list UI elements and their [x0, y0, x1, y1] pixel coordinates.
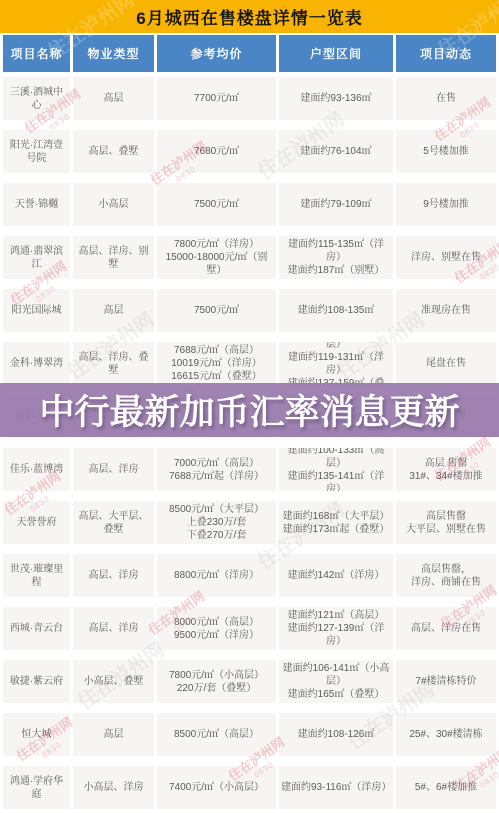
cell-avg-price: 7680元/㎡ [157, 125, 279, 178]
table-header-row: 项目名称 物业类型 参考均价 户型区间 项目动态 [0, 35, 499, 72]
cell-status: 准现房在售 [396, 284, 496, 337]
cell-unit-range: 建面约106-141㎡（小高层） 建面约165㎡（叠墅） [279, 655, 396, 708]
cell-unit-range: 建面约100-133㎡（高层） 建面约135-141㎡（洋房） [279, 443, 396, 496]
table-row: 佳乐·蓝博湾 高层、洋房 7000元/㎡（高层） 7688元/㎡起（洋房） 建面… [3, 443, 496, 496]
cell-project-name: 阳光·江湾壹号院 [3, 125, 73, 178]
cell-project-name: 西城·青云台 [3, 602, 73, 655]
cell-status: 7#楼清栋特价 [396, 655, 496, 708]
cell-project-name: 三溪·酒城中心 [3, 72, 73, 125]
cell-project-name: 天誉誉府 [3, 496, 73, 549]
table-row: 西城·青云台 高层、洋房 8000元/㎡（高层） 9500元/㎡（洋房） 建面约… [3, 602, 496, 655]
cell-avg-price: 7500元/㎡ [157, 284, 279, 337]
cell-avg-price: 8500元/㎡（大平层） 上叠230万/套 下叠270万/套 [157, 496, 279, 549]
cell-property-type: 高层、叠墅 [73, 125, 157, 178]
cell-avg-price: 8800元/㎡（洋房） [157, 549, 279, 602]
cell-unit-range: 建面约79-109㎡ [279, 178, 396, 231]
cell-project-name: 阳光国际城 [3, 284, 73, 337]
column-header-avg-price: 参考均价 [157, 35, 279, 72]
cell-avg-price: 7500元/㎡ [157, 178, 279, 231]
table-row: 三溪·酒城中心 高层 7700元/㎡ 建面约93-136㎡ 在售 [3, 72, 496, 125]
cell-status: 高层售罄 大平层、别墅在售 [396, 496, 496, 549]
infographic-page: 6月城西在售楼盘详情一览表 项目名称 物业类型 参考均价 户型区间 项目动态 三… [0, 0, 499, 813]
cell-avg-price: 7700元/㎡ [157, 72, 279, 125]
cell-property-type: 高层 [73, 284, 157, 337]
cell-status: 25#、30#楼清栋 [396, 708, 496, 761]
cell-avg-price: 8500元/㎡（高层） [157, 708, 279, 761]
column-header-status: 项目动态 [396, 35, 496, 72]
title-bar: 6月城西在售楼盘详情一览表 [0, 0, 499, 33]
overlay-banner-text: 中行最新加币汇率消息更新 [39, 385, 459, 435]
column-header-project-name: 项目名称 [3, 35, 73, 72]
cell-project-name: 鸿通·翡翠滨江 [3, 231, 73, 284]
cell-project-name: 佳乐·蓝博湾 [3, 443, 73, 496]
cell-avg-price: 7800元/㎡（洋房） 15000-18000元/㎡（别墅） [157, 231, 279, 284]
cell-project-name: 天誉·锦樾 [3, 178, 73, 231]
cell-avg-price: 7000元/㎡（高层） 7688元/㎡起（洋房） [157, 443, 279, 496]
cell-property-type: 高层、大平层、叠墅 [73, 496, 157, 549]
cell-unit-range: 建面约121㎡（高层） 建面约127-139㎡（洋房） [279, 602, 396, 655]
cell-unit-range: 建面约93-136㎡ [279, 72, 396, 125]
table-row: 鸿通·学府华庭 小高层、洋房 7400元/㎡（小高层） 建面约93-116㎡（洋… [3, 761, 496, 813]
table-row: 世茂·璀璨里程 高层、洋房 8800元/㎡（洋房） 建面约142㎡（洋房） 高层… [3, 549, 496, 602]
overlay-banner: 中行最新加币汇率消息更新 [0, 383, 499, 437]
cell-avg-price: 7800元/㎡（小高层） 220万/套（叠墅） [157, 655, 279, 708]
cell-status: 9号楼加推 [396, 178, 496, 231]
table-row: 阳光·江湾壹号院 高层、叠墅 7680元/㎡ 建面约76-104㎡ 5号楼加推 [3, 125, 496, 178]
cell-property-type: 高层 [73, 708, 157, 761]
cell-status: 高层售罄， 洋房、商铺在售 [396, 549, 496, 602]
cell-unit-range: 建面约108-135㎡ [279, 284, 396, 337]
cell-property-type: 高层、洋房 [73, 549, 157, 602]
table-row: 天誉·锦樾 小高层 7500元/㎡ 建面约79-109㎡ 9号楼加推 [3, 178, 496, 231]
column-header-property-type: 物业类型 [73, 35, 157, 72]
cell-unit-range: 建面约108-126㎡ [279, 708, 396, 761]
table-body: 三溪·酒城中心 高层 7700元/㎡ 建面约93-136㎡ 在售 阳光·江湾壹号… [0, 72, 499, 813]
cell-property-type: 高层 [73, 72, 157, 125]
cell-status: 在售 [396, 72, 496, 125]
cell-status: 高层 售罄 31#、34#楼加推 [396, 443, 496, 496]
cell-unit-range: 建面约115-135㎡（洋房） 建面约187㎡（别墅） [279, 231, 396, 284]
cell-project-name: 敏捷·紫云府 [3, 655, 73, 708]
cell-property-type: 小高层、叠墅 [73, 655, 157, 708]
cell-status: 5号楼加推 [396, 125, 496, 178]
cell-property-type: 小高层、洋房 [73, 761, 157, 813]
table-row: 敏捷·紫云府 小高层、叠墅 7800元/㎡（小高层） 220万/套（叠墅） 建面… [3, 655, 496, 708]
table-row: 天誉誉府 高层、大平层、叠墅 8500元/㎡（大平层） 上叠230万/套 下叠2… [3, 496, 496, 549]
cell-avg-price: 8000元/㎡（高层） 9500元/㎡（洋房） [157, 602, 279, 655]
column-header-unit-range: 户型区间 [279, 35, 396, 72]
table-row: 恒大城 高层 8500元/㎡（高层） 建面约108-126㎡ 25#、30#楼清… [3, 708, 496, 761]
cell-status: 高层、洋房在售 [396, 602, 496, 655]
cell-project-name: 世茂·璀璨里程 [3, 549, 73, 602]
cell-property-type: 高层、洋房 [73, 602, 157, 655]
table-row: 阳光国际城 高层 7500元/㎡ 建面约108-135㎡ 准现房在售 [3, 284, 496, 337]
cell-status: 5#、6#楼加推 [396, 761, 496, 813]
cell-project-name: 鸿通·学府华庭 [3, 761, 73, 813]
page-title: 6月城西在售楼盘详情一览表 [136, 4, 362, 29]
cell-unit-range: 建面约168㎡（大平层） 建面约173㎡起（叠墅） [279, 496, 396, 549]
table-row: 鸿通·翡翠滨江 高层、洋房、别墅 7800元/㎡（洋房） 15000-18000… [3, 231, 496, 284]
cell-property-type: 高层、洋房 [73, 443, 157, 496]
cell-unit-range: 建面约76-104㎡ [279, 125, 396, 178]
cell-unit-range: 建面约142㎡（洋房） [279, 549, 396, 602]
cell-unit-range: 建面约93-116㎡（洋房） [279, 761, 396, 813]
cell-avg-price: 7400元/㎡（小高层） [157, 761, 279, 813]
cell-property-type: 小高层 [73, 178, 157, 231]
cell-property-type: 高层、洋房、别墅 [73, 231, 157, 284]
cell-project-name: 恒大城 [3, 708, 73, 761]
cell-status: 洋房、别墅在售 [396, 231, 496, 284]
